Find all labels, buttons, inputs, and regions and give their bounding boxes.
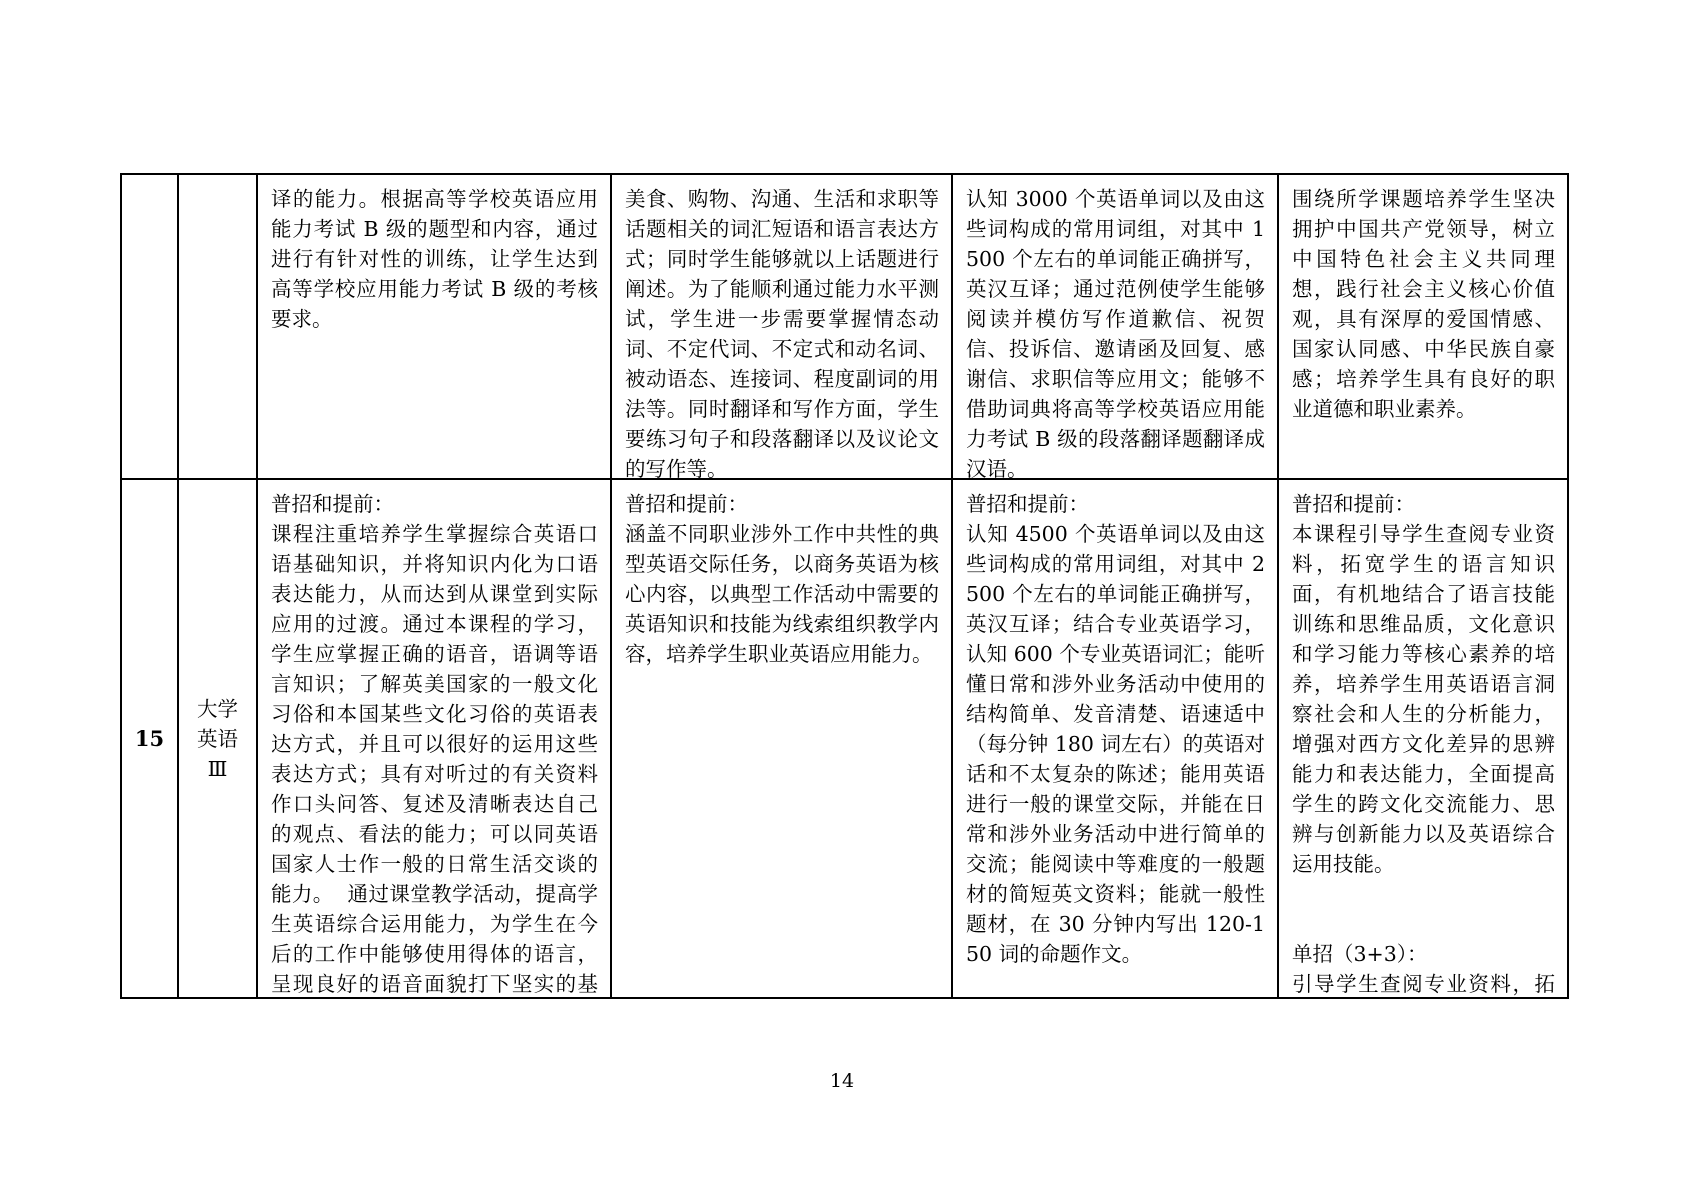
cell-skill-requirements: 认知 3000 个英语单词以及由这些词构成的常用词组，对其中 1500 个左右的… [952, 174, 1278, 479]
course-name-cell [178, 174, 257, 479]
course-content-text: 美食、购物、沟通、生活和求职等话题相关的词汇短语和语言表达方式；同时学生能够就以… [625, 184, 939, 478]
table-row-15: 15 大学 英语 Ⅲ 普招和提前： 课程注重培养学生掌握综合英语口语基础知识，并… [121, 479, 1568, 998]
skill-requirements-text: 普招和提前： 认知 4500 个英语单词以及由这些词构成的常用词组，对其中 25… [966, 489, 1265, 997]
course-name-cell: 大学 英语 Ⅲ [178, 479, 257, 998]
ideology-goals-text: 普招和提前： 本课程引导学生查阅专业资料，拓宽学生的语言知识面，有机地结合了语言… [1292, 489, 1555, 997]
table-row-continuation: 译的能力。根据高等学校英语应用能力考试 B 级的题型和内容，通过进行有针对性的训… [121, 174, 1568, 479]
row-number: 15 [126, 724, 173, 754]
cell-skill-requirements: 普招和提前： 认知 4500 个英语单词以及由这些词构成的常用词组，对其中 25… [952, 479, 1278, 998]
course-content-text: 普招和提前： 涵盖不同职业涉外工作中共性的典型英语交际任务，以商务英语为核心内容… [625, 489, 939, 997]
cell-course-objective: 普招和提前： 课程注重培养学生掌握综合英语口语基础知识，并将知识内化为口语表达能… [257, 479, 611, 998]
course-objective-text: 译的能力。根据高等学校英语应用能力考试 B 级的题型和内容，通过进行有针对性的训… [271, 184, 598, 478]
course-syllabus-table: 译的能力。根据高等学校英语应用能力考试 B 级的题型和内容，通过进行有针对性的训… [120, 173, 1569, 999]
course-objective-text: 普招和提前： 课程注重培养学生掌握综合英语口语基础知识，并将知识内化为口语表达能… [271, 489, 598, 997]
cell-course-content: 美食、购物、沟通、生活和求职等话题相关的词汇短语和语言表达方式；同时学生能够就以… [611, 174, 952, 479]
ideology-goals-text: 围绕所学课题培养学生坚决拥护中国共产党领导，树立中国特色社会主义共同理想，践行社… [1292, 184, 1555, 478]
cell-course-objective: 译的能力。根据高等学校英语应用能力考试 B 级的题型和内容，通过进行有针对性的训… [257, 174, 611, 479]
row-number-cell [121, 174, 178, 479]
page: 译的能力。根据高等学校英语应用能力考试 B 级的题型和内容，通过进行有针对性的训… [0, 0, 1684, 1191]
skill-requirements-text: 认知 3000 个英语单词以及由这些词构成的常用词组，对其中 1500 个左右的… [966, 184, 1265, 478]
page-number: 14 [0, 1069, 1684, 1093]
row-number-cell: 15 [121, 479, 178, 998]
course-name: 大学 英语 Ⅲ [183, 694, 252, 784]
cell-ideology-goals: 围绕所学课题培养学生坚决拥护中国共产党领导，树立中国特色社会主义共同理想，践行社… [1278, 174, 1568, 479]
cell-course-content: 普招和提前： 涵盖不同职业涉外工作中共性的典型英语交际任务，以商务英语为核心内容… [611, 479, 952, 998]
cell-ideology-goals: 普招和提前： 本课程引导学生查阅专业资料，拓宽学生的语言知识面，有机地结合了语言… [1278, 479, 1568, 998]
